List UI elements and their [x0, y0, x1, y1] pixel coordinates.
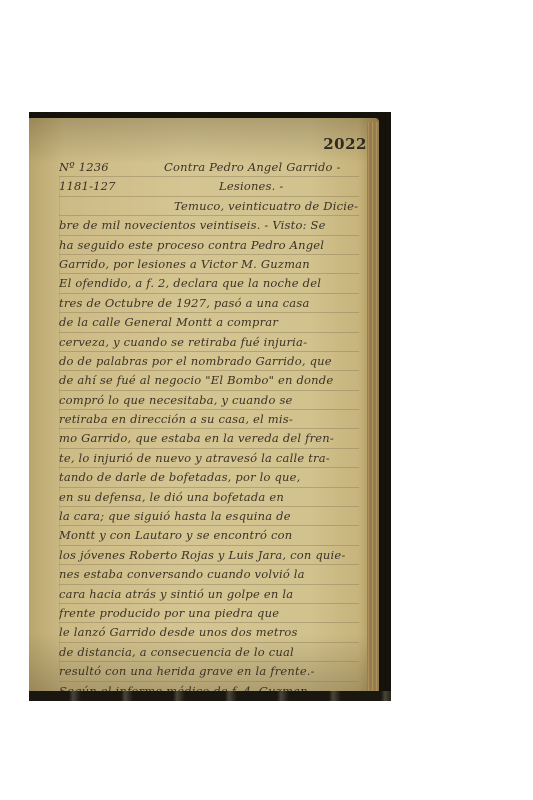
body-line: frente producido por una piedra que	[59, 604, 359, 623]
header-line-2: 1181-127 Lesiones. -	[59, 177, 359, 196]
case-offense: Lesiones. -	[219, 177, 283, 195]
case-title: Contra Pedro Angel Garrido -	[164, 158, 341, 176]
body-line: mo Garrido, que estaba en la vereda del …	[59, 429, 359, 448]
body-line: en su defensa, le dió una bofetada en	[59, 488, 359, 507]
body-line: la cara; que siguió hasta la esquina de	[59, 507, 359, 526]
header-line-1: Nº 1236 Contra Pedro Angel Garrido -	[59, 158, 359, 177]
body-line: retiraba en dirección a su casa, el mis-	[59, 410, 359, 429]
body-line: Temuco, veinticuatro de Dicie-	[59, 197, 359, 216]
body-line: los jóvenes Roberto Rojas y Luis Jara, c…	[59, 546, 359, 565]
body-line: de ahí se fué al negocio "El Bombo" en d…	[59, 371, 359, 390]
body-line: tando de darle de bofetadas, por lo que,	[59, 468, 359, 487]
handwritten-text: Nº 1236 Contra Pedro Angel Garrido - 118…	[59, 158, 359, 701]
body-line: te, lo injurió de nuevo y atravesó la ca…	[59, 449, 359, 468]
binding-shadow	[29, 691, 391, 701]
body-line: do de palabras por el nombrado Garrido, …	[59, 352, 359, 371]
page-number: 2022	[323, 135, 367, 153]
document-scan: 2022 Nº 1236 Contra Pedro Angel Garrido …	[29, 112, 391, 701]
ledger-page: 2022 Nº 1236 Contra Pedro Angel Garrido …	[29, 118, 379, 691]
body-line: Garrido, por lesiones a Victor M. Guzman	[59, 255, 359, 274]
body-line: cara hacia atrás y sintió un golpe en la	[59, 585, 359, 604]
body-line: de distancia, a consecuencia de lo cual	[59, 643, 359, 662]
case-reference: 1181-127	[59, 177, 116, 195]
body-line: nes estaba conversando cuando volvió la	[59, 565, 359, 584]
body-line: compró lo que necesitaba, y cuando se	[59, 391, 359, 410]
body-line: Montt y con Lautaro y se encontró con	[59, 526, 359, 545]
body-line: de la calle General Montt a comprar	[59, 313, 359, 332]
body-line: ha seguido este proceso contra Pedro Ang…	[59, 236, 359, 255]
body-line: El ofendido, a f. 2, declara que la noch…	[59, 274, 359, 293]
body-line: cerveza, y cuando se retiraba fué injuri…	[59, 333, 359, 352]
body-line: resultó con una herida grave en la frent…	[59, 662, 359, 681]
body-line: bre de mil novecientos veintiseis. - Vis…	[59, 216, 359, 235]
case-number: Nº 1236	[59, 158, 109, 176]
page-stack-edge	[367, 122, 379, 697]
body-line: tres de Octubre de 1927, pasó a una casa	[59, 294, 359, 313]
body-line: le lanzó Garrido desde unos dos metros	[59, 623, 359, 642]
